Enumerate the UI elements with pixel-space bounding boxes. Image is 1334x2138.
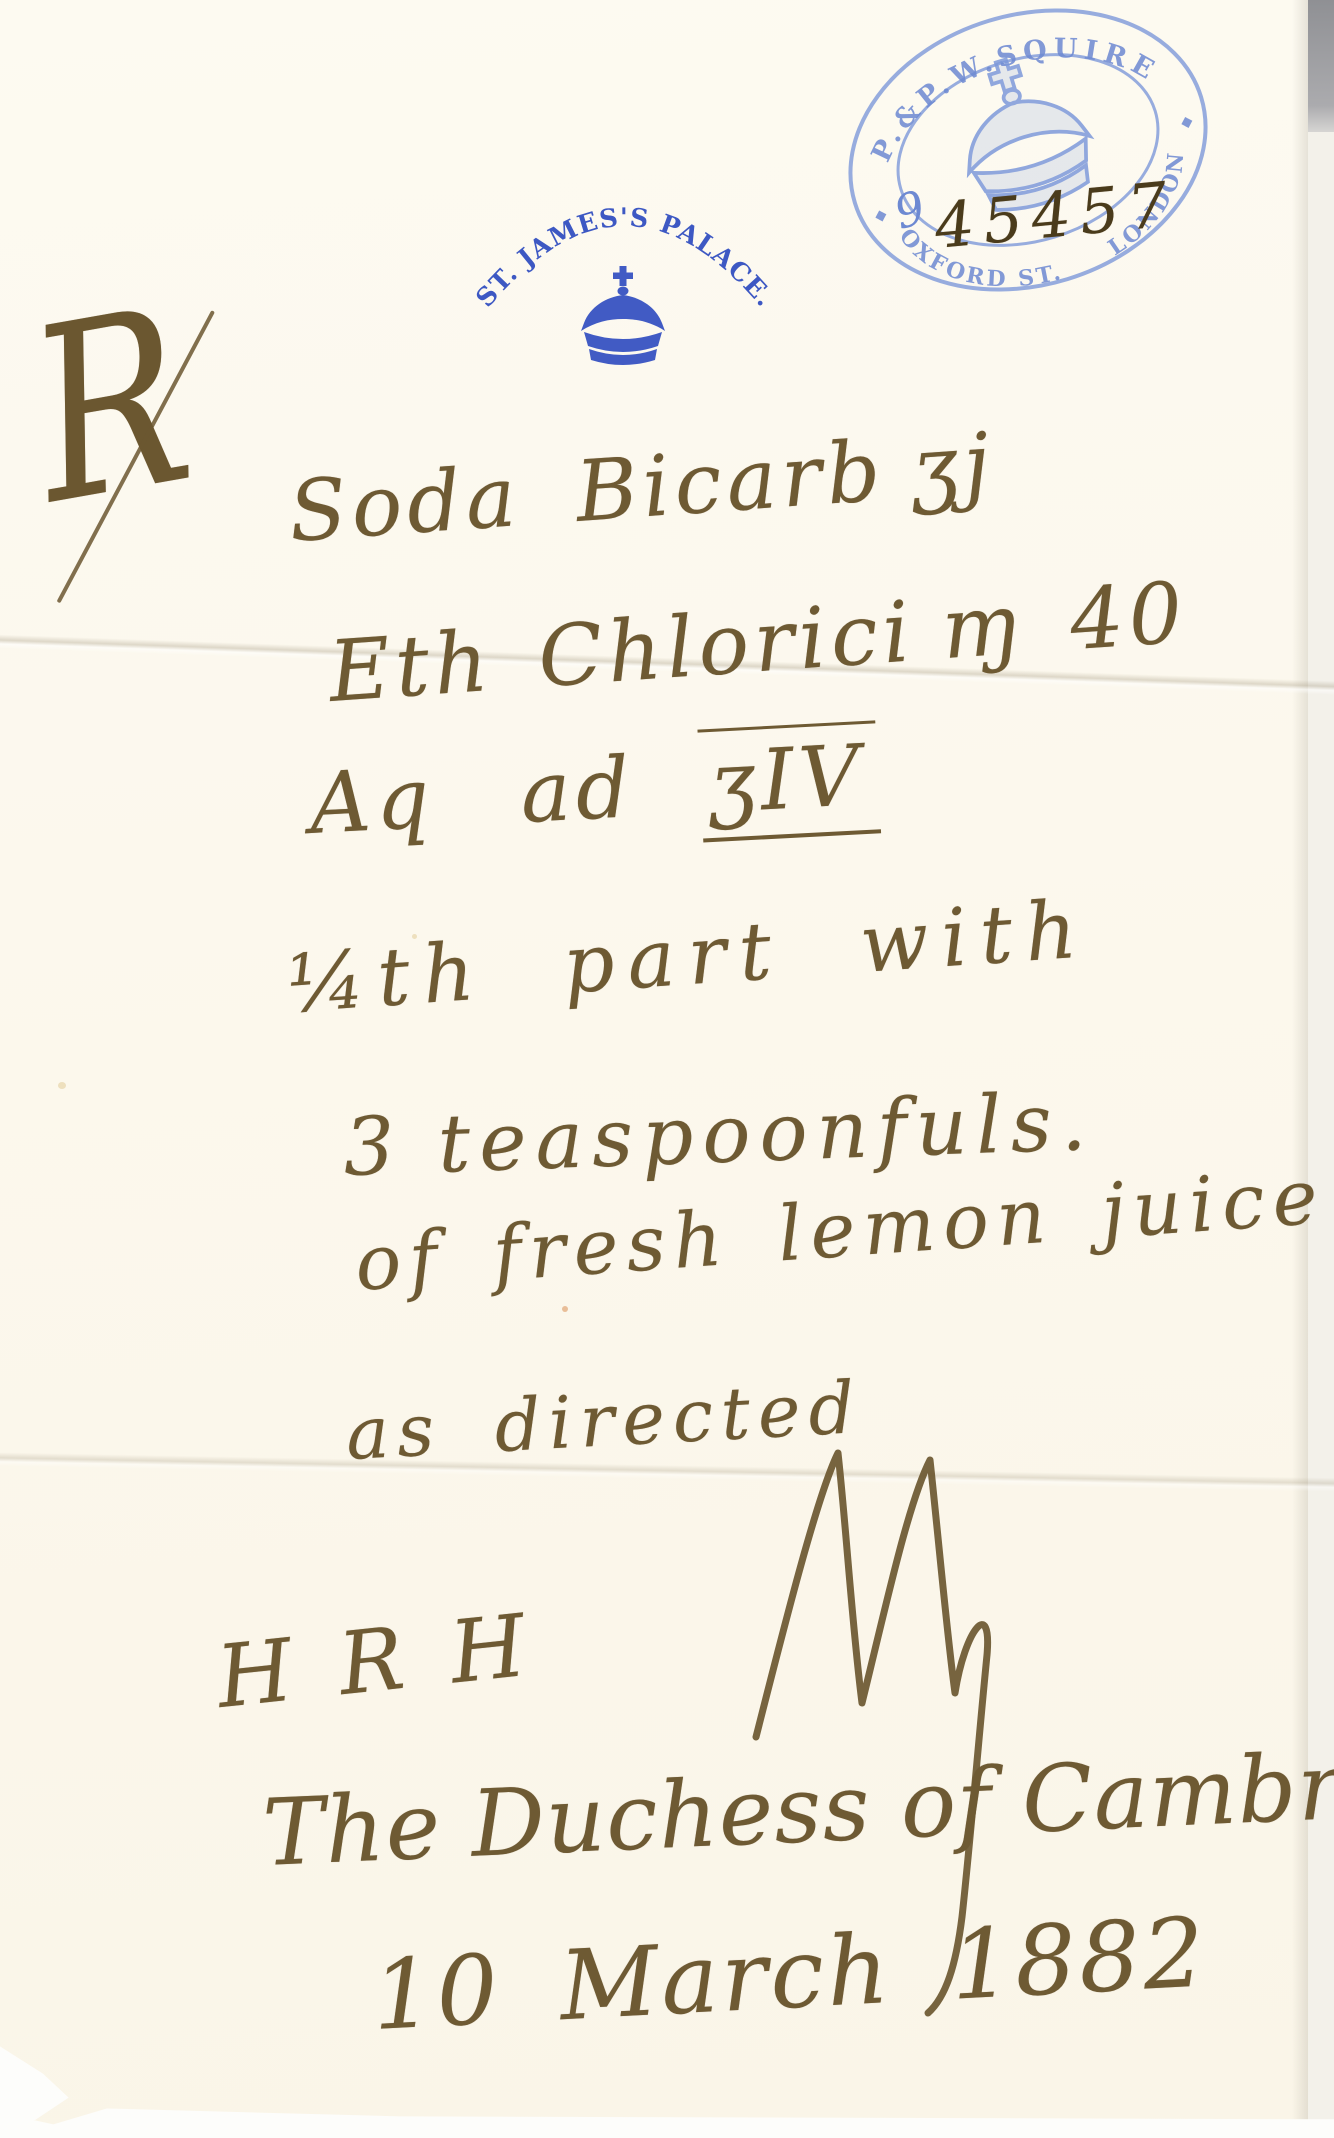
stamp-separator-left: ◆ (872, 205, 889, 226)
addressee-honorific: H R H (213, 1602, 540, 1721)
prescription-line-3: Aq adʒIV (308, 732, 881, 846)
scan-edge-bottom (0, 2102, 1334, 2138)
ingredient-quantity: ʒj (907, 414, 997, 518)
scan-edge-corner (1308, 0, 1334, 132)
ingredient-quantity: ɱ 40 (937, 563, 1190, 678)
ingredient-name: Eth Chlorici (326, 582, 918, 721)
ingredient-name: Soda Bicarb (286, 422, 889, 561)
foxing-speck (58, 1082, 66, 1089)
date-line: 10 March 1882 (370, 1904, 1209, 2044)
letterhead: ST. JAMES'S PALACE. (470, 180, 780, 395)
royal-crown-icon (581, 266, 665, 365)
stamp-separator-right: ◆ (1178, 111, 1195, 132)
direction-line-2: 3 teaspoonfuls. (342, 1082, 1096, 1188)
direction-line-1: ¼th part with (284, 889, 1092, 1025)
prescription-line-1: Soda Bicarbʒj (286, 421, 997, 554)
torn-paper-corner (0, 2040, 78, 2120)
pharmacy-stamp: P.&P.W.SQUIRE OXFORD ST. LONDON ◆ ◆ (808, 0, 1248, 320)
letter-page: ST. JAMES'S PALACE. P.&P.W.SQUIRE OXFORD… (0, 0, 1334, 2138)
ingredient-name: Aq ad (307, 738, 637, 853)
prescription-line-2: Eth Chloriciɱ 40 (326, 570, 1190, 714)
ingredient-quantity: ʒIV (697, 720, 881, 842)
foxing-speck (562, 1306, 568, 1312)
